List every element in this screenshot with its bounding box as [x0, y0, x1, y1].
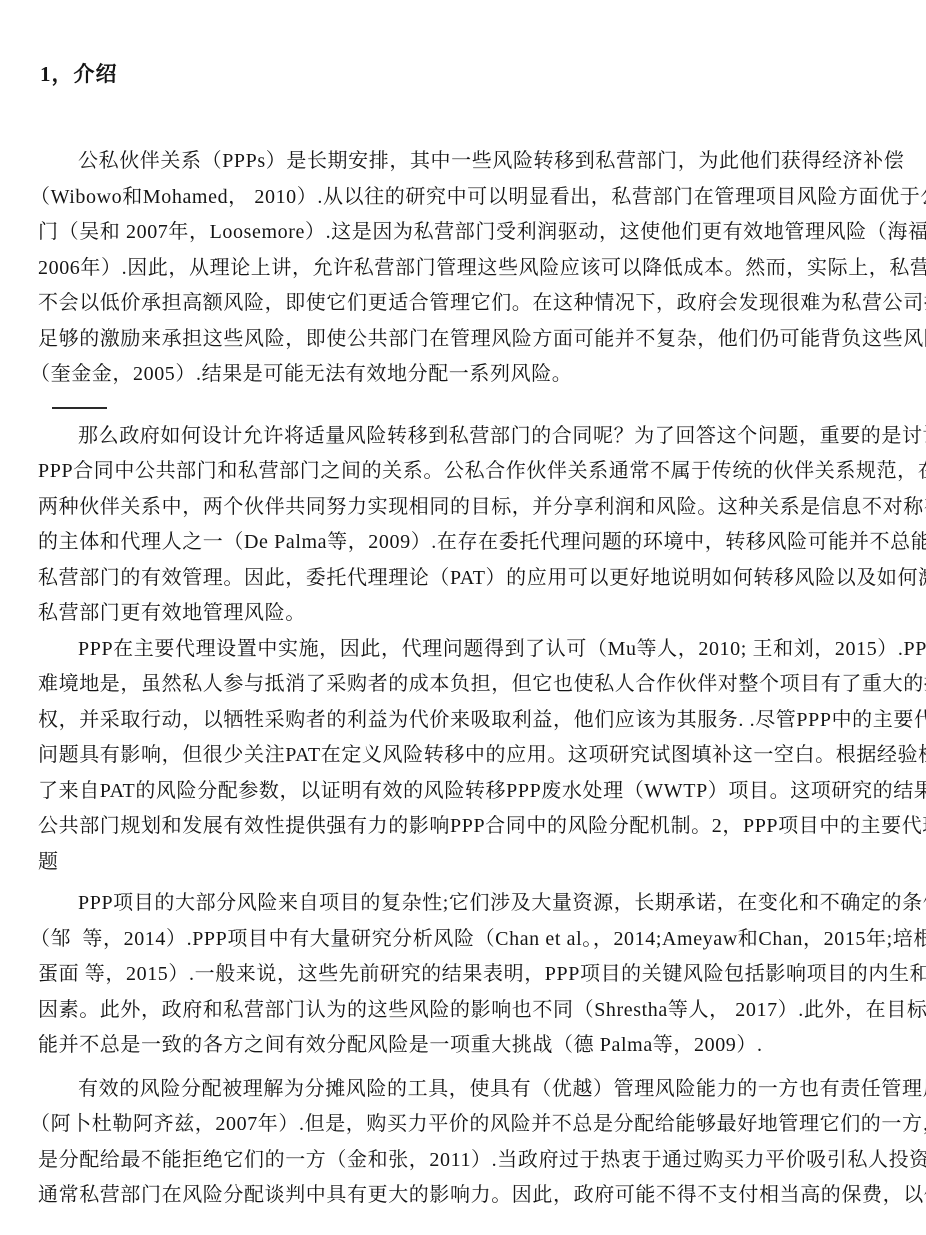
text-line: 通常私营部门在风险分配谈判中具有更大的影响力。因此，政府可能不得不支付相当高的保… — [38, 1178, 898, 1214]
text-line: 公私伙伴关系（PPPs）是长期安排，其中一些风险转移到私营部门，为此他们获得经济… — [38, 144, 898, 180]
text-line: PPP在主要代理设置中实施，因此，代理问题得到了认可（Mu等人，2010; 王和… — [38, 632, 898, 668]
text-line: 门（吴和 2007年，Loosemore）.这是因为私营部门受利润驱动，这使他们… — [38, 215, 898, 251]
document-page: 1，介绍 公私伙伴关系（PPPs）是长期安排，其中一些风险转移到私营部门，为此他… — [0, 0, 926, 1235]
text-line: 因素。此外，政府和私营部门认为的这些风险的影响也不同（Shrestha等人， 2… — [38, 993, 898, 1029]
text-line: 不会以低价承担高额风险，即使它们更适合管理它们。在这种情况下，政府会发现很难为私… — [38, 286, 898, 322]
text-line: （奎金金，2005）.结果是可能无法有效地分配一系列风险。 — [30, 357, 898, 393]
text-line: 私营部门更有效地管理风险。 — [38, 596, 898, 632]
text-line: 是分配给最不能拒绝它们的一方（金和张，2011）.当政府过于热衷于通过购买力平价… — [38, 1143, 898, 1179]
text-line: 那么政府如何设计允许将适量风险转移到私营部门的合同呢？为了回答这个问题，重要的是… — [38, 419, 898, 455]
text-line: PPP合同中公共部门和私营部门之间的关系。公私合作伙伴关系通常不属于传统的伙伴关… — [38, 454, 898, 490]
text-line: 足够的激励来承担这些风险，即使公共部门在管理风险方面可能并不复杂，他们仍可能背负… — [38, 322, 898, 358]
text-line: 难境地是，虽然私人参与抵消了采购者的成本负担，但它也使私人合作伙伴对整个项目有了… — [38, 667, 898, 703]
text-line: （Wibowo和Mohamed， 2010）.从以往的研究中可以明显看出，私营部… — [30, 180, 898, 216]
text-line: （阿卜杜勒阿齐兹，2007年）.但是，购买力平价的风险并不总是分配给能够最好地管… — [30, 1107, 898, 1143]
paragraph: PPP在主要代理设置中实施，因此，代理问题得到了认可（Mu等人，2010; 王和… — [38, 632, 898, 881]
text-line: 能并不总是一致的各方之间有效分配风险是一项重大挑战（德 Palma等，2009）… — [38, 1028, 898, 1064]
text-line: 蛋面 等，2015）.一般来说，这些先前研究的结果表明，PPP项目的关键风险包括… — [38, 957, 898, 993]
text-line: 私营部门的有效管理。因此，委托代理理论（PAT）的应用可以更好地说明如何转移风险… — [38, 561, 898, 597]
separator-line — [52, 407, 107, 409]
text-line: 题 — [38, 845, 898, 881]
paragraph: 公私伙伴关系（PPPs）是长期安排，其中一些风险转移到私营部门，为此他们获得经济… — [38, 144, 898, 393]
text-line: 的主体和代理人之一（De Palma等，2009）.在存在委托代理问题的环境中，… — [38, 525, 898, 561]
paragraph: 有效的风险分配被理解为分摊风险的工具，使具有（优越）管理风险能力的一方也有责任管… — [38, 1072, 898, 1214]
text-line: 有效的风险分配被理解为分摊风险的工具，使具有（优越）管理风险能力的一方也有责任管… — [38, 1072, 898, 1108]
text-line: 问题具有影响，但很少关注PAT在定义风险转移中的应用。这项研究试图填补这一空白。… — [38, 738, 898, 774]
text-line: 权，并采取行动，以牺牲采购者的利益为代价来吸取利益，他们应该为其服务. .尽管P… — [38, 703, 898, 739]
paragraph: 那么政府如何设计允许将适量风险转移到私营部门的合同呢？为了回答这个问题，重要的是… — [38, 419, 898, 632]
text-line: 公共部门规划和发展有效性提供强有力的影响PPP合同中的风险分配机制。2，PPP项… — [38, 809, 898, 845]
text-line: 2006年）.因此，从理论上讲，允许私营部门管理这些风险应该可以降低成本。然而，… — [38, 251, 898, 287]
text-line: 了来自PAT的风险分配参数，以证明有效的风险转移PPP废水处理（WWTP）项目。… — [38, 774, 898, 810]
text-line: 两种伙伴关系中，两个伙伴共同努力实现相同的目标，并分享利润和风险。这种关系是信息… — [38, 490, 898, 526]
paragraph: PPP项目的大部分风险来自项目的复杂性;它们涉及大量资源，长期承诺，在变化和不确… — [38, 886, 898, 1064]
section-heading: 1，介绍 — [40, 56, 898, 92]
text-line: （邹 等，2014）.PPP项目中有大量研究分析风险（Chan et al。，2… — [30, 922, 898, 958]
text-line: PPP项目的大部分风险来自项目的复杂性;它们涉及大量资源，长期承诺，在变化和不确… — [38, 886, 898, 922]
